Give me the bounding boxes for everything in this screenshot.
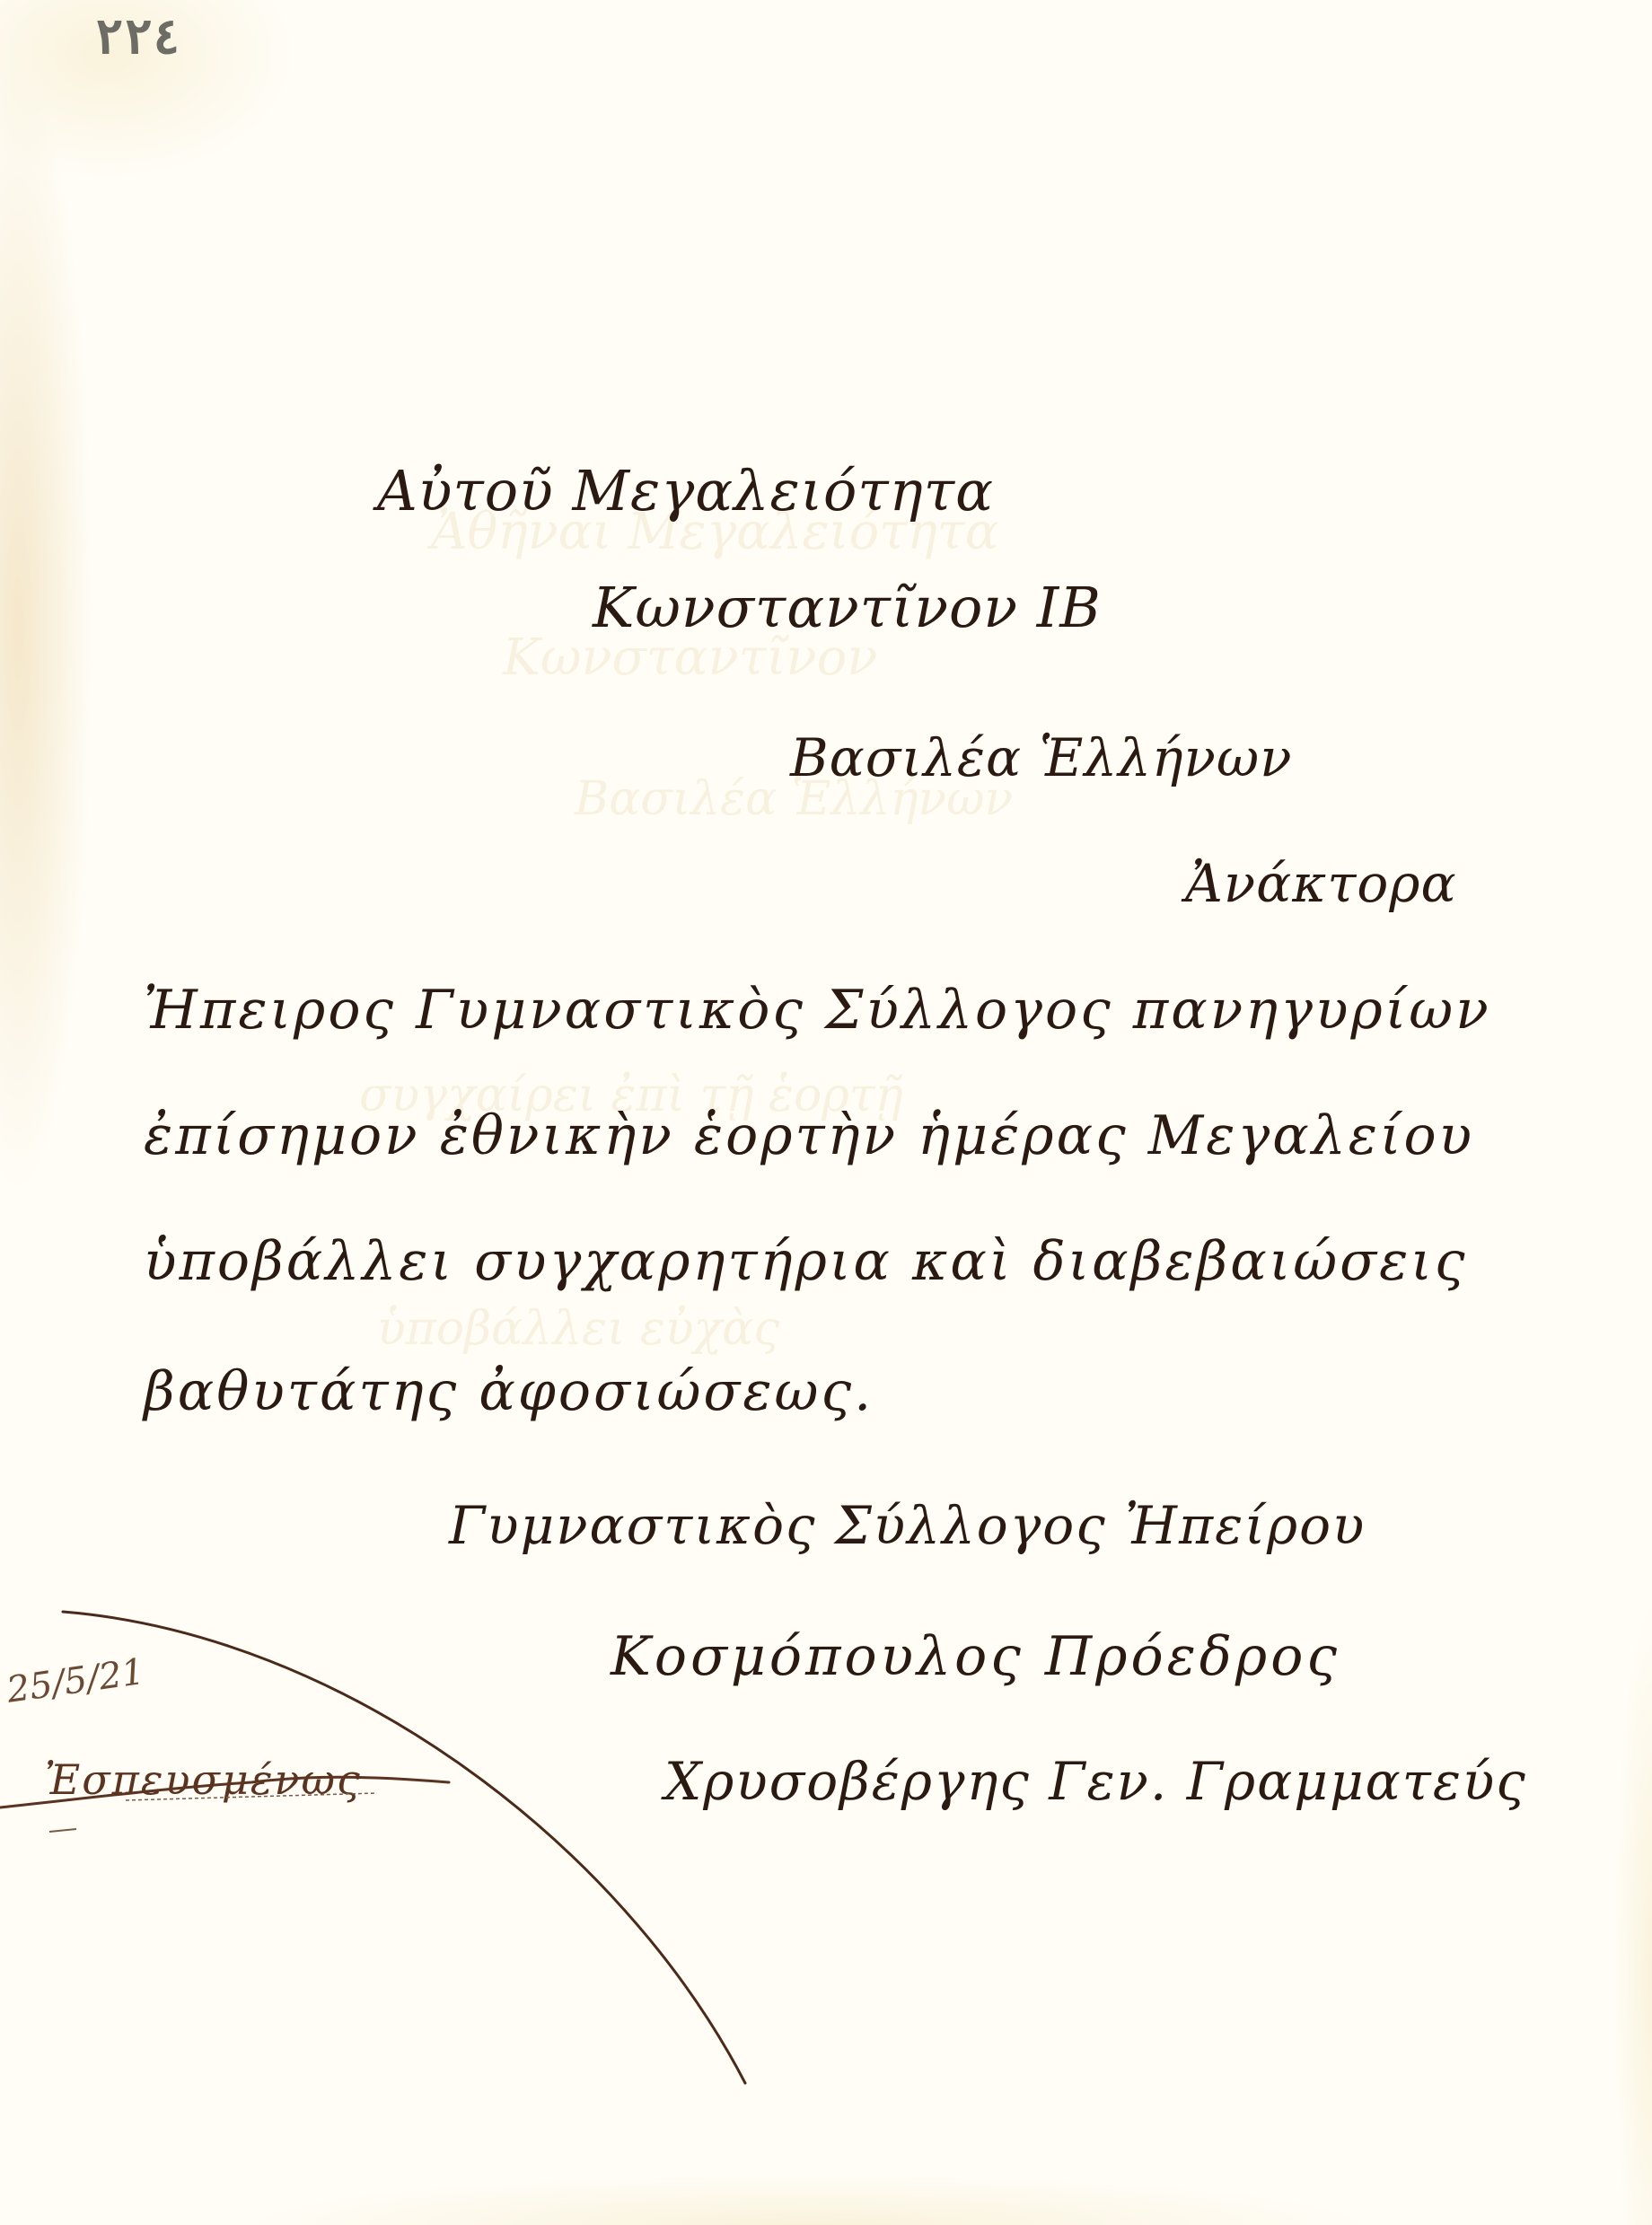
body-line: βαθυτάτης ἀφοσιώσεως. [144, 1360, 874, 1423]
body-line: Ἠπειρος Γυμναστικὸς Σύλλογος πανηγυρίων [144, 979, 1491, 1042]
signature-secretary: Χρυσοβέργης Γεν. Γραμματεύς [664, 1751, 1527, 1812]
address-line-recipient: Αὐτοῦ Μεγαλειότητα [377, 458, 994, 523]
folio-number: ٢٢٤ [94, 9, 182, 66]
signature-president: Κοσμόπουλος Πρόεδρος [611, 1625, 1340, 1688]
address-line-title: Βασιλέα Ἑλλήνων [790, 727, 1293, 788]
margin-signature: Ἐσπευσμένως [45, 1755, 362, 1804]
bleed-through-text: ὑποβάλλει εὐχὰς [377, 1302, 779, 1356]
body-line: ὑποβάλλει συγχαρητήρια καὶ διαβεβαιώσεις [144, 1230, 1467, 1293]
letter-page: Ἀθῆναι Μεγαλειότητα Κωνσταντῖνον Βασιλέα… [0, 0, 1652, 2225]
address-line-location: Ἀνάκτορα [1185, 853, 1457, 914]
margin-date: 25/5/21 [4, 1651, 147, 1711]
address-line-name: Κωνσταντῖνον ΙΒ [593, 575, 1102, 640]
signature-organization: Γυμναστικὸς Σύλλογος Ἠπείρου [449, 1495, 1366, 1556]
body-line: ἐπίσημον ἐθνικὴν ἑορτὴν ἡμέρας Μεγαλείου [144, 1104, 1474, 1167]
margin-short-dash [49, 1829, 76, 1832]
